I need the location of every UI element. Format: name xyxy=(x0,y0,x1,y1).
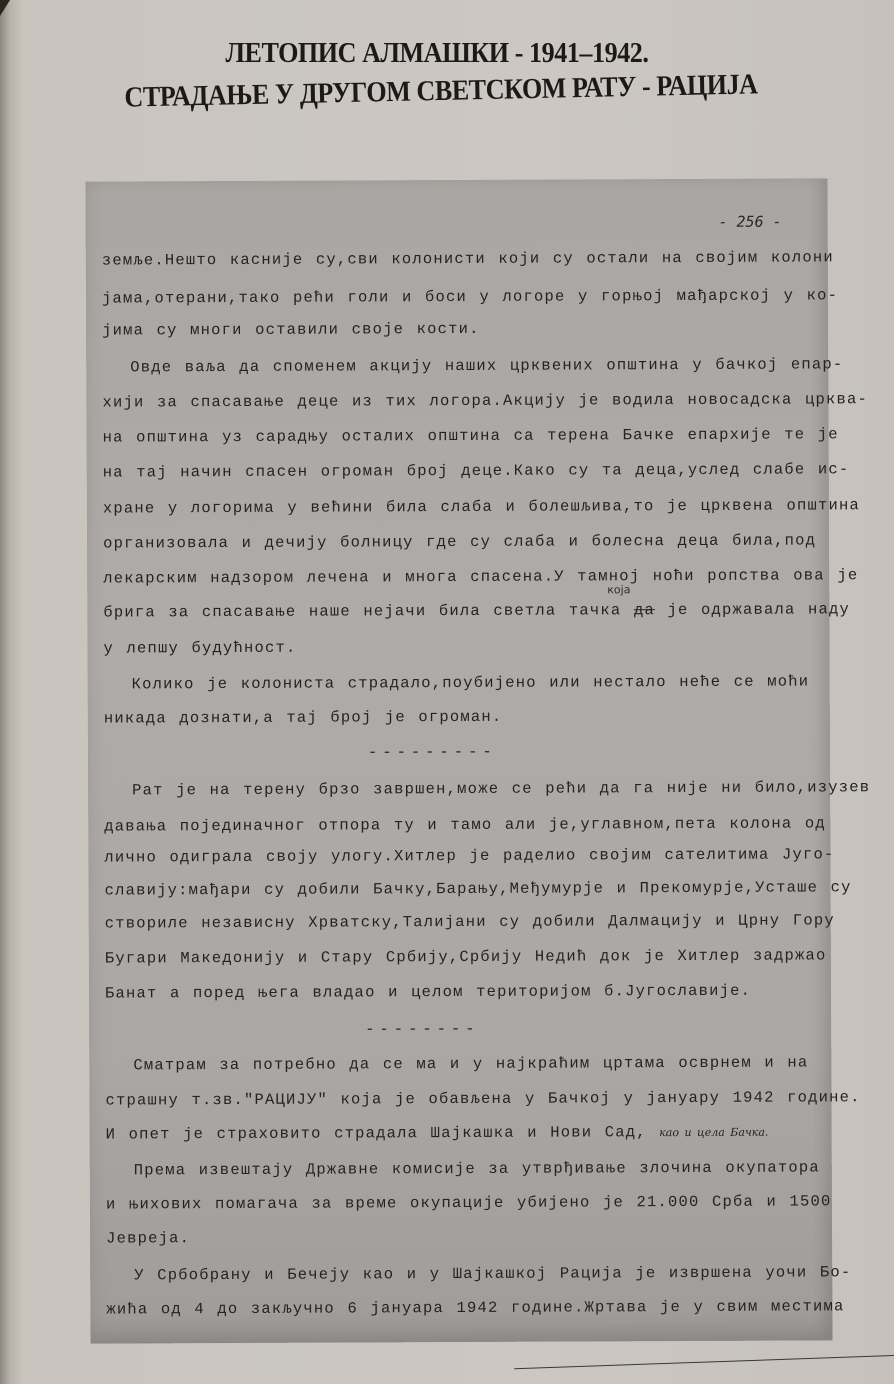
typescript-line-with-correction: брига за спасавање наше нејачи била свет… xyxy=(103,600,850,621)
typescript-line-tail: је одржавала наду xyxy=(667,600,850,619)
typescript-line: и њихових помагача за време окупације уб… xyxy=(106,1192,832,1213)
typescript-line: земље.Нешто касније су,сви колонисти кој… xyxy=(102,248,834,269)
typescript-line: Према извештају Државне комисије за утвр… xyxy=(134,1158,820,1179)
typescript-line: Бугари Македонију и Стару Србију,Србију … xyxy=(105,946,827,967)
typescript-line-with-addition: И опет је страховито страдала Шајкашка и… xyxy=(106,1123,769,1144)
typescript-line: славију:мађари су добили Бачку,Барању,Ме… xyxy=(105,878,852,899)
typescript-line: лично одиграла своју улогу.Хитлер је рад… xyxy=(104,845,834,866)
typescript-line: на тај начин спасен огроман број деце.Ка… xyxy=(103,460,850,481)
typescript-line: давања појединачног отпора ту и тамо али… xyxy=(104,814,826,835)
typescript-page-number: - 256 - xyxy=(718,213,781,231)
typescript-line: јама,отерани,тако рећи голи и боси у лог… xyxy=(102,286,838,307)
typescript-line-text: И опет је страховито страдала Шајкашка и… xyxy=(106,1123,647,1143)
typescript-line: у лепшу будућност. xyxy=(103,639,296,658)
typescript-line: никада дознати,а тај број је огроман. xyxy=(104,708,503,728)
book-spine-shadow xyxy=(0,0,10,16)
typescript-line: Сматрам за потребно да се ма и у најкраћ… xyxy=(133,1053,808,1074)
chapter-heading: ЛЕТОПИС АЛМАШКИ - 1941–1942. СТРАДАЊЕ У … xyxy=(0,34,894,110)
typescript-line: Колико је колониста страдало,поубијено и… xyxy=(132,672,810,693)
handwritten-insertion: која xyxy=(607,583,630,596)
typescript-line: на општина уз сарадњу осталих општина са… xyxy=(103,425,839,446)
typescript-line: лекарским надзором лечена и многа спасен… xyxy=(103,566,858,587)
typescript-line-text: брига за спасавање наше нејачи била свет… xyxy=(103,601,621,621)
typescript-line: хране у логорима у већини била слаба и б… xyxy=(103,496,860,517)
typescript-line: Овде ваља да споменем акцију наших цркве… xyxy=(130,355,843,376)
typescript-line: створиле независну Хрватску,Талијани су … xyxy=(105,911,835,932)
typescript-line: хији за спасавање деце из тих логора.Акц… xyxy=(102,390,868,411)
struck-word: да xyxy=(634,601,655,619)
typescript-line: Јевреја. xyxy=(106,1229,190,1247)
section-separator: --------- xyxy=(368,743,497,762)
section-separator: -------- xyxy=(365,1020,479,1038)
typescript-page-reproduction: - 256 - земље.Нешто касније су,сви колон… xyxy=(85,178,832,1343)
typescript-line: јима су многи оставили своје кости. xyxy=(102,320,480,340)
typescript-line: страшну т.зв."РАЦИЈУ" која је обављена у… xyxy=(105,1088,860,1109)
typescript-line: организовала и дечију болницу где су сла… xyxy=(103,531,816,552)
typescript-line: Рат је на терену брзо завршен,може се ре… xyxy=(132,778,870,799)
typescript-line: У Србобрану и Бечеју као и у Шајкашкој Р… xyxy=(134,1263,851,1284)
page-bottom-edge xyxy=(514,1355,894,1369)
typescript-line: Банат а поред њега владао и целом терито… xyxy=(105,982,751,1003)
handwritten-addition: као и цела Бачка. xyxy=(659,1126,768,1139)
typescript-line: жића од 4 до закључно 6 јануара 1942 год… xyxy=(106,1297,844,1318)
